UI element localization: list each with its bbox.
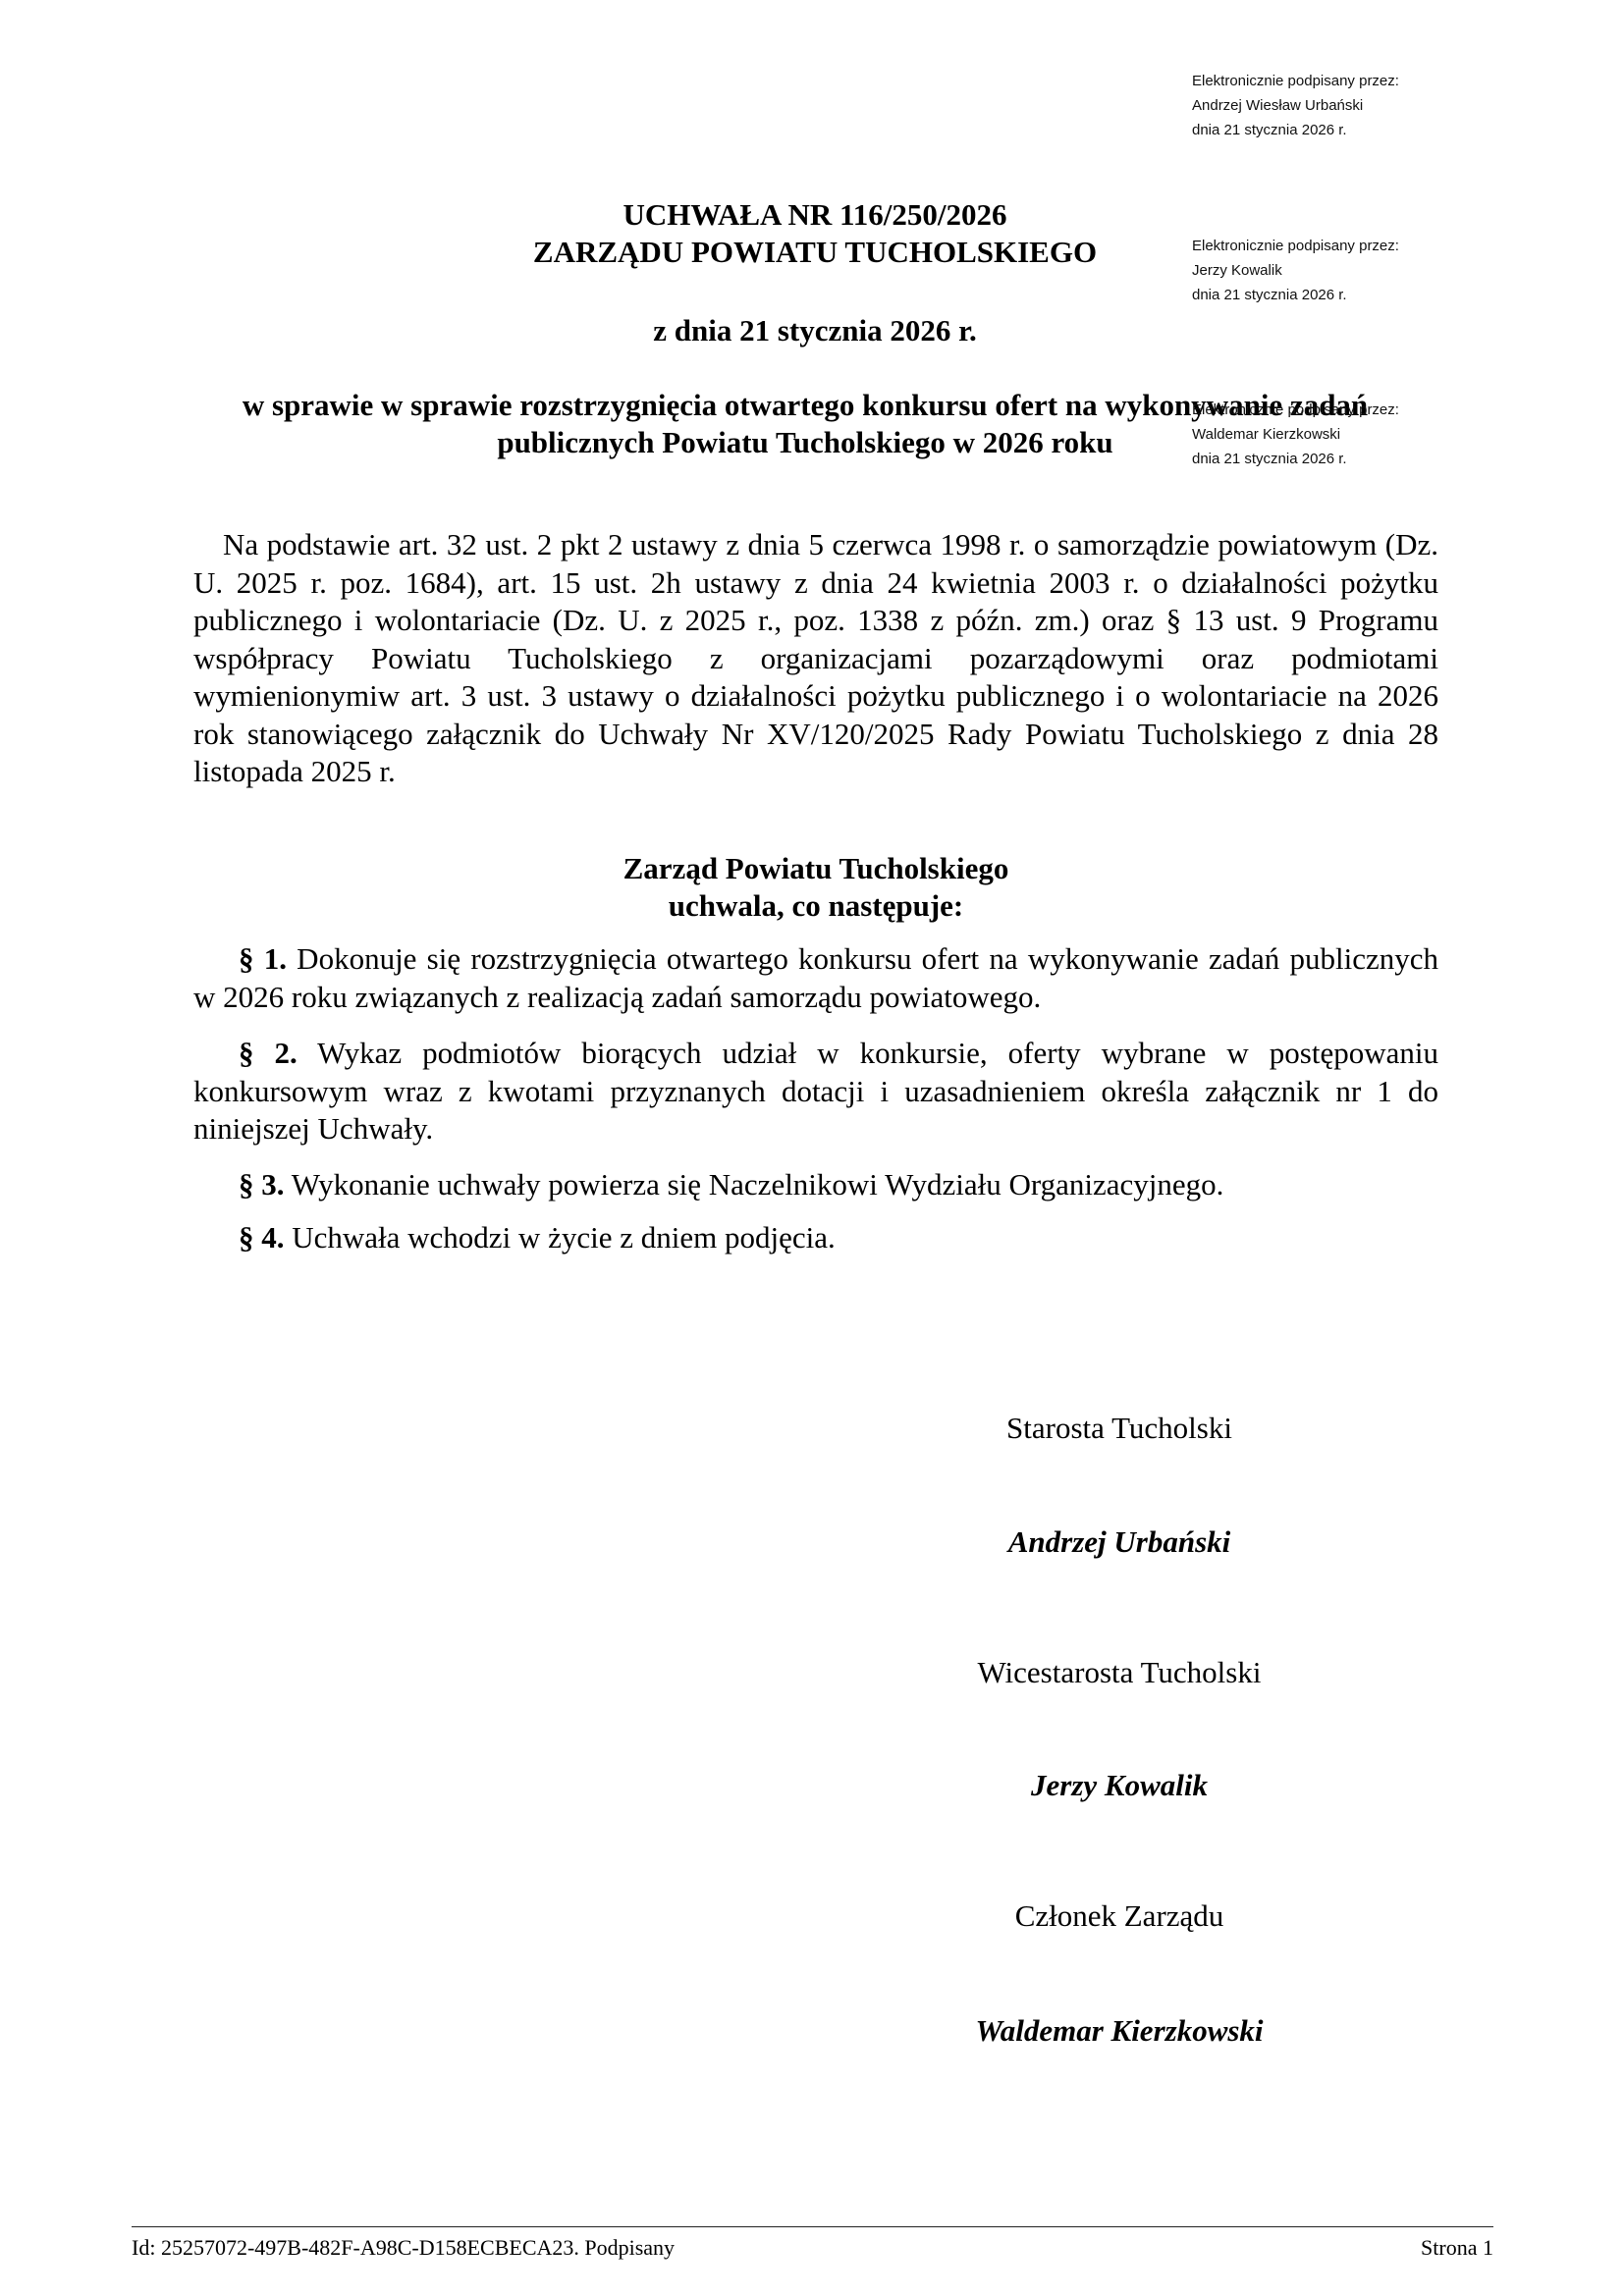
signature-date: dnia 21 stycznia 2026 r. xyxy=(1192,118,1487,142)
board-resolves-heading: Zarząd Powiatu Tucholskiego uchwala, co … xyxy=(193,850,1438,925)
signature-date: dnia 21 stycznia 2026 r. xyxy=(1192,283,1487,307)
paragraph-4: § 4. Uchwała wchodzi w życie z dniem pod… xyxy=(193,1219,1438,1257)
signature-label: Elektronicznie podpisany przez: xyxy=(1192,69,1487,93)
electronic-signature-stamp: Elektronicznie podpisany przez: Waldemar… xyxy=(1192,398,1487,471)
signature-label: Elektronicznie podpisany przez: xyxy=(1192,234,1487,258)
issuing-body: ZARZĄDU POWIATU TUCHOLSKIEGO xyxy=(461,233,1168,272)
legal-basis-preamble: Na podstawie art. 32 ust. 2 pkt 2 ustawy… xyxy=(193,526,1438,791)
signature-signer: Jerzy Kowalik xyxy=(1192,258,1487,283)
paragraph-text: Wykaz podmiotów biorących udział w konku… xyxy=(193,1036,1438,1146)
paragraph-number: § 2. xyxy=(239,1036,298,1070)
signatory-name: Jerzy Kowalik xyxy=(884,1767,1355,1804)
paragraph-3: § 3. Wykonanie uchwały powierza się Nacz… xyxy=(193,1166,1438,1204)
paragraph-1: § 1. Dokonuje się rozstrzygnięcia otwart… xyxy=(193,940,1438,1016)
resolves-phrase: uchwala, co następuje: xyxy=(193,887,1438,925)
paragraph-number: § 3. xyxy=(239,1167,285,1201)
signatory-role: Członek Zarządu xyxy=(884,1897,1355,1935)
paragraph-text: Dokonuje się rozstrzygnięcia otwartego k… xyxy=(193,941,1438,1014)
resolution-number: UCHWAŁA NR 116/250/2026 xyxy=(461,195,1168,235)
signatory-role: Wicestarosta Tucholski xyxy=(884,1654,1355,1691)
paragraph-text: Wykonanie uchwały powierza się Naczelnik… xyxy=(285,1167,1224,1201)
document-id: Id: 25257072-497B-482F-A98C-D158ECBECA23… xyxy=(132,2234,675,2262)
paragraph-number: § 4. xyxy=(239,1220,285,1255)
signatory-role: Starosta Tucholski xyxy=(884,1410,1355,1447)
page-number: Strona 1 xyxy=(1421,2234,1493,2262)
signature-label: Elektronicznie podpisany przez: xyxy=(1192,398,1487,422)
paragraph-text: Uchwała wchodzi w życie z dniem podjęcia… xyxy=(285,1220,836,1255)
signature-signer: Andrzej Wiesław Urbański xyxy=(1192,93,1487,118)
signature-date: dnia 21 stycznia 2026 r. xyxy=(1192,447,1487,471)
board-name: Zarząd Powiatu Tucholskiego xyxy=(193,850,1438,887)
signatory-name: Waldemar Kierzkowski xyxy=(884,2012,1355,2050)
paragraph-2: § 2. Wykaz podmiotów biorących udział w … xyxy=(193,1035,1438,1148)
signatory-name: Andrzej Urbański xyxy=(884,1523,1355,1561)
paragraph-number: § 1. xyxy=(239,941,287,976)
footer-divider xyxy=(132,2226,1493,2227)
resolution-subject-line-2: publicznych Powiatu Tucholskiego w 2026 … xyxy=(353,423,1257,462)
electronic-signature-stamp: Elektronicznie podpisany przez: Jerzy Ko… xyxy=(1192,234,1487,307)
resolution-date: z dnia 21 stycznia 2026 r. xyxy=(461,311,1168,350)
signature-signer: Waldemar Kierzkowski xyxy=(1192,422,1487,447)
electronic-signature-stamp: Elektronicznie podpisany przez: Andrzej … xyxy=(1192,69,1487,142)
